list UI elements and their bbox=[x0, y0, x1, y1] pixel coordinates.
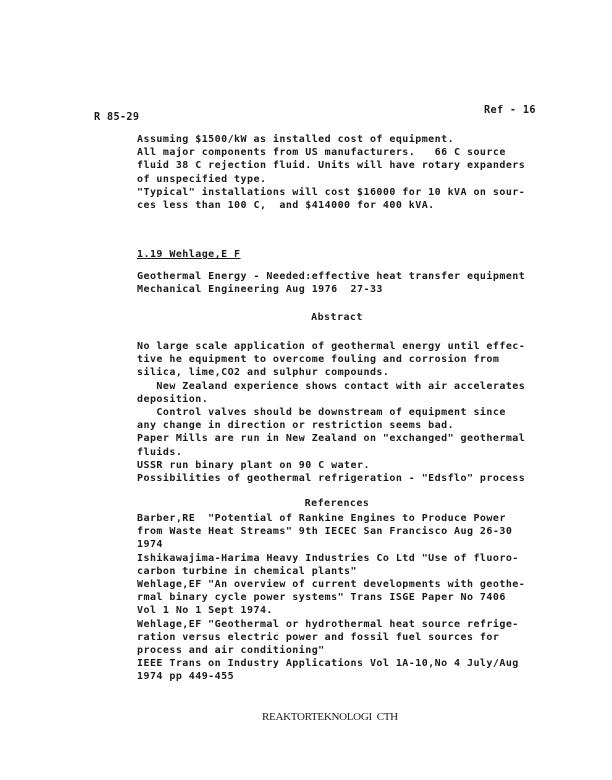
reference-line: IEEE Trans on Industry Applications Vol … bbox=[137, 657, 525, 670]
reference-line: Ishikawajima-Harima Heavy Industries Co … bbox=[137, 552, 525, 565]
reference-line: process and air conditioning" bbox=[137, 644, 525, 657]
reference-line: Wehlage,EF "Geothermal or hydrothermal h… bbox=[137, 618, 525, 631]
text-line: "Typical" installations will cost $16000… bbox=[137, 186, 525, 199]
text-line: New Zealand experience shows contact wit… bbox=[137, 380, 525, 393]
citation-line: Mechanical Engineering Aug 1976 27-33 bbox=[137, 283, 525, 296]
text-line: silica, lime,CO2 and sulphur compounds. bbox=[137, 366, 525, 379]
text-line: ces less than 100 C, and $414000 for 400… bbox=[137, 199, 525, 212]
reference-line: rmal binary cycle power systems" Trans I… bbox=[137, 591, 525, 604]
entry-heading: 1.19 Wehlage,E F bbox=[137, 248, 241, 261]
text-line: fluid 38 C rejection fluid. Units will h… bbox=[137, 159, 525, 172]
reference-line: from Waste Heat Streams" 9th IECEC San F… bbox=[137, 525, 525, 538]
text-line: Control valves should be downstream of e… bbox=[137, 406, 525, 419]
citation-line: Geothermal Energy - Needed:effective hea… bbox=[137, 270, 525, 283]
text-line: All major components from US manufacture… bbox=[137, 146, 525, 159]
text-line: Paper Mills are run in New Zealand on "e… bbox=[137, 432, 525, 445]
abstract-title-block: Abstract bbox=[137, 311, 537, 324]
references-title: References bbox=[137, 497, 537, 510]
entry-heading-block: 1.19 Wehlage,E F bbox=[137, 248, 241, 261]
reference-line: ration versus electric power and fossil … bbox=[137, 631, 525, 644]
text-line: fluids. bbox=[137, 446, 525, 459]
text-line: any change in direction or restriction s… bbox=[137, 419, 525, 432]
footer-institution: REAKTORTEKNOLOGI CTH bbox=[262, 711, 398, 723]
reference-line: 1974 pp 449-455 bbox=[137, 670, 525, 683]
text-line: No large scale application of geothermal… bbox=[137, 340, 525, 353]
reference-line: carbon turbine in chemical plants" bbox=[137, 565, 525, 578]
text-line: deposition. bbox=[137, 393, 525, 406]
text-line: Assuming $1500/kW as installed cost of e… bbox=[137, 133, 525, 146]
abstract-title: Abstract bbox=[137, 311, 537, 324]
text-line: tive he equipment to overcome fouling an… bbox=[137, 353, 525, 366]
document-page: R 85-29 Ref - 16 Assuming $1500/kW as in… bbox=[0, 0, 612, 780]
references-list: Barber,RE "Potential of Rankine Engines … bbox=[137, 512, 525, 683]
reference-line: Barber,RE "Potential of Rankine Engines … bbox=[137, 512, 525, 525]
ref-number: Ref - 16 bbox=[484, 104, 536, 117]
text-line: Possibilities of geothermal refrigeratio… bbox=[137, 472, 525, 485]
reference-line: 1974 bbox=[137, 538, 525, 551]
abstract-body: No large scale application of geothermal… bbox=[137, 340, 525, 485]
citation: Geothermal Energy - Needed:effective hea… bbox=[137, 270, 525, 296]
references-title-block: References bbox=[137, 497, 537, 510]
intro-paragraph: Assuming $1500/kW as installed cost of e… bbox=[137, 133, 525, 212]
reference-line: Vol 1 No 1 Sept 1974. bbox=[137, 604, 525, 617]
reference-line: Wehlage,EF "An overview of current devel… bbox=[137, 578, 525, 591]
text-line: of unspecified type. bbox=[137, 173, 525, 186]
text-line: USSR run binary plant on 90 C water. bbox=[137, 459, 525, 472]
report-number: R 85-29 bbox=[94, 111, 139, 124]
